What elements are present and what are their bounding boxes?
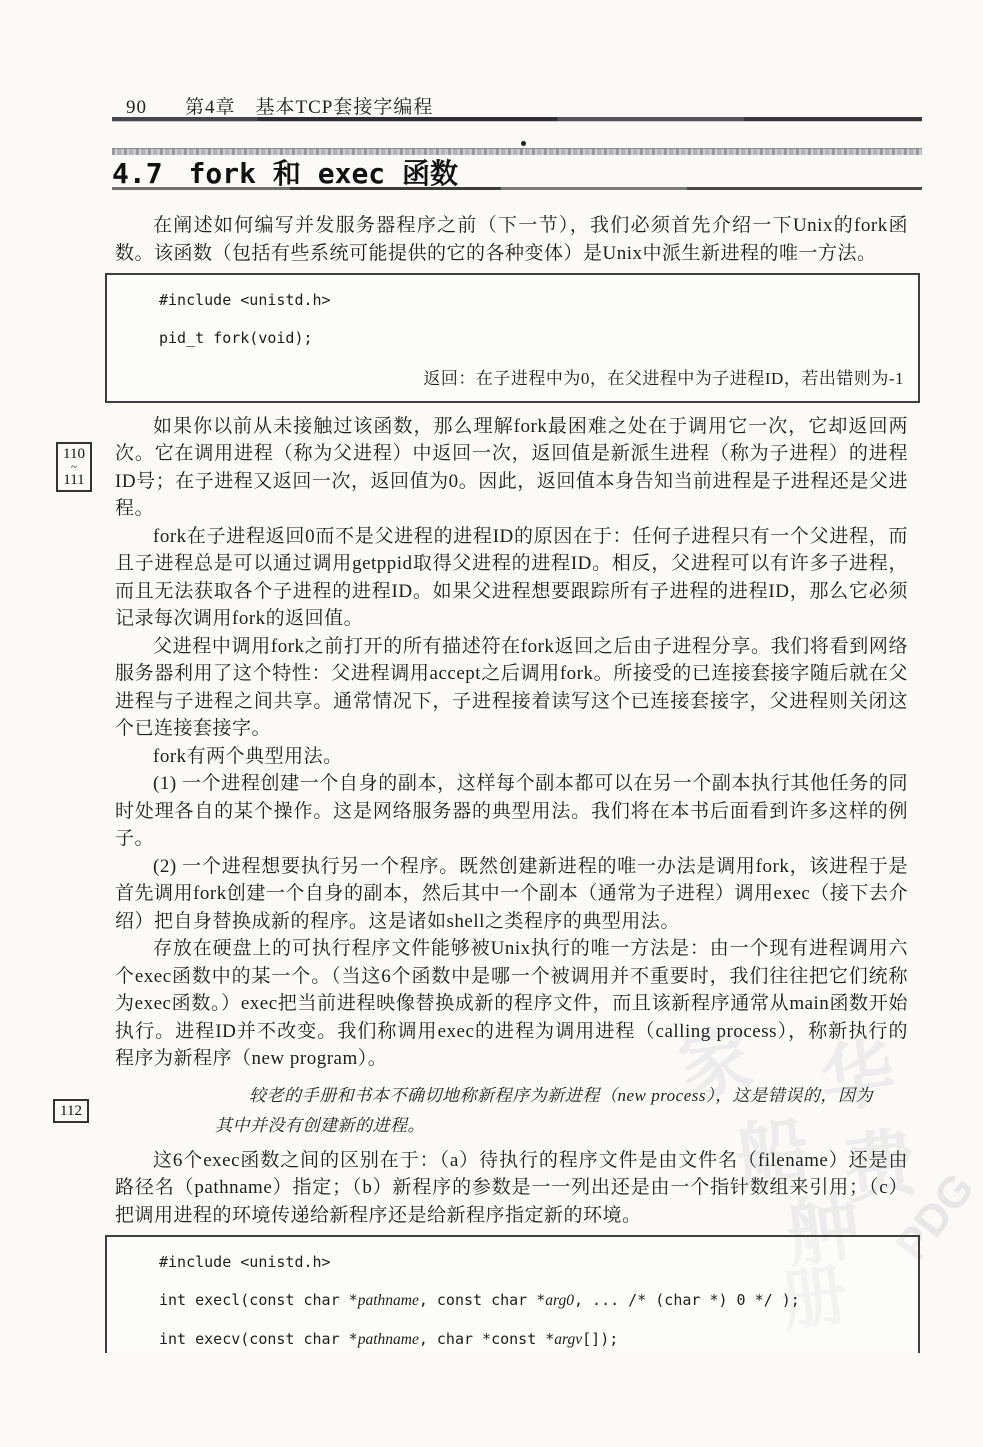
code-line: pid_t fork(void);	[159, 329, 908, 347]
margin-page-number: 110	[63, 446, 85, 462]
code-line: int execv(const char *pathname, char *co…	[159, 1330, 908, 1349]
margin-page-number: 112	[60, 1103, 82, 1119]
paragraph: 父进程中调用fork之前打开的所有描述符在fork返回之后由子进程分享。我们将看…	[115, 633, 908, 743]
book-page: 家 华 船 费 舯 册 PDG 90 第4章 基本TCP套接字编程 4.7 fo…	[0, 0, 983, 1447]
page-number: 90	[126, 97, 147, 119]
exec-synopsis-box: #include <unistd.h>int execl(const char …	[105, 1235, 920, 1353]
section-underline	[112, 187, 922, 190]
section-title-text: fork 和 exec 函数	[189, 152, 458, 192]
code-line: #include <unistd.h>	[159, 291, 908, 309]
paragraph: 存放在硬盘上的可执行程序文件能够被Unix执行的唯一方法是：由一个现有进程调用六…	[115, 935, 908, 1073]
chapter-title: 第4章 基本TCP套接字编程	[185, 92, 433, 119]
margin-tilde: ~	[63, 462, 85, 472]
paragraph: fork在子进程返回0而不是父进程的进程ID的原因在于：任何子进程只有一个父进程…	[115, 523, 908, 633]
ink-dot	[521, 141, 526, 146]
return-value-note: 返回：在子进程中为0，在父进程中为子进程ID，若出错则为-1	[159, 365, 908, 393]
fork-synopsis-box: #include <unistd.h>pid_t fork(void); 返回：…	[105, 273, 920, 403]
paragraph: (1) 一个进程创建一个自身的副本，这样每个副本都可以在另一个副本执行其他任务的…	[115, 770, 908, 853]
code-lines: #include <unistd.h>int execl(const char …	[159, 1253, 908, 1349]
margin-page-number: 111	[63, 472, 85, 488]
paragraph: (2) 一个进程想要执行另一个程序。既然创建新进程的唯一办法是调用fork，该进…	[115, 853, 908, 936]
code-lines: #include <unistd.h>pid_t fork(void);	[159, 291, 908, 347]
paragraph: 这6个exec函数之间的区别在于：（a）待执行的程序文件是由文件名（filena…	[115, 1147, 908, 1230]
paragraph: 在阐述如何编写并发服务器程序之前（下一节），我们必须首先介绍一下Unix的for…	[115, 212, 908, 267]
section-number: 4.7	[112, 157, 163, 190]
paragraph: fork有两个典型用法。	[115, 743, 908, 771]
running-header: 90 第4章 基本TCP套接字编程	[126, 92, 433, 119]
paragraph: 如果你以前从未接触过该函数，那么理解fork最困难之处在于调用它一次，它却返回两…	[115, 413, 908, 523]
header-rule	[112, 117, 922, 122]
fine-print-note: 较老的手册和书本不确切地称新程序为新进程（new process），这是错误的，…	[215, 1081, 873, 1141]
section-heading: 4.7 fork 和 exec 函数	[112, 152, 922, 192]
code-line: #include <unistd.h>	[159, 1253, 908, 1271]
margin-page-range-box: 110 ~ 111	[56, 442, 92, 492]
code-line: int execl(const char *pathname, const ch…	[159, 1291, 908, 1310]
margin-page-number-box: 112	[53, 1099, 89, 1123]
text-column: 在阐述如何编写并发服务器程序之前（下一节），我们必须首先介绍一下Unix的for…	[115, 212, 908, 1353]
